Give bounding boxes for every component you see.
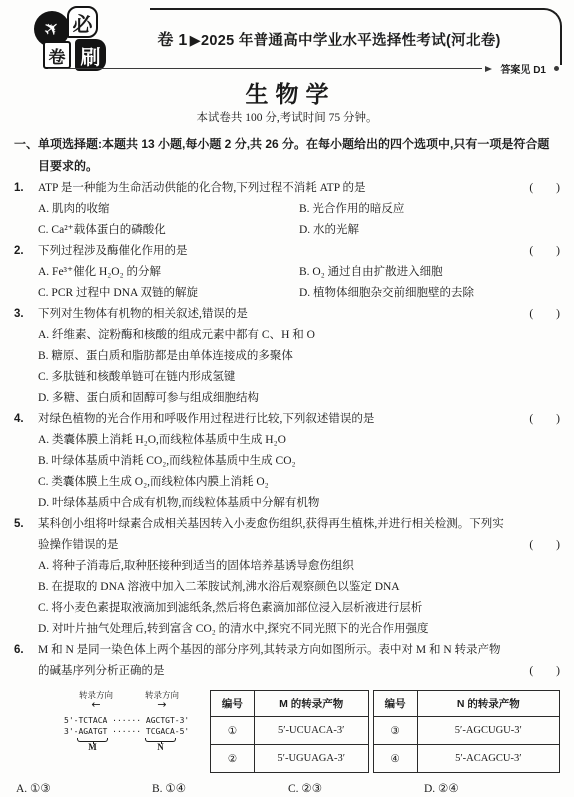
option-a: A. 类囊体膜上消耗 H₂O,而线粒体基质中生成 H₂O: [38, 430, 560, 451]
question-6: 6. M 和 N 是同一染色体上两个基因的部分序列,其转录方向如图所示。表中对 …: [14, 640, 560, 797]
question-number: 1.: [14, 178, 24, 199]
rule-line: [48, 68, 482, 69]
question-3: 3. 下列对生物体有机物的相关叙述,错误的是 ( ) A. 纤维素、淀粉酶和核酸…: [14, 304, 560, 409]
question-number: 4.: [14, 409, 24, 430]
answer-ref-row: 答案见 D1: [48, 61, 559, 76]
col-header-id: 编号: [211, 691, 255, 717]
option-d: D. 水的光解: [299, 220, 560, 241]
row-id-cell: ①: [211, 717, 255, 745]
gene-brace-row: M N: [64, 738, 196, 756]
option-d: D. 对叶片抽气处理后,转到富含 CO₂ 的清水中,探究不同光照下的光合作用强度: [38, 619, 560, 640]
question-1: 1. ATP 是一种能为生命活动供能的化合物,下列过程不消耗 ATP 的是 ( …: [14, 178, 560, 241]
question-text: 某科创小组将叶绿素合成相关基因转入小麦愈伤组织,获得再生植株,并进行相关检测。下…: [38, 518, 504, 551]
option-c: C. PCR 过程中 DNA 双链的解旋: [38, 283, 299, 304]
question-stem: 下列过程涉及酶催化作用的是 ( ): [38, 241, 560, 262]
question-stem: 某科创小组将叶绿素合成相关基因转入小麦愈伤组织,获得再生植株,并进行相关检测。下…: [38, 514, 560, 556]
options: A. 将种子消毒后,取种胚接种到适当的固体培养基诱导愈伤组织 B. 在提取的 D…: [38, 556, 560, 640]
sequence-cell: 5′-UGUAGA-3′: [254, 745, 368, 773]
options: A. 纤维素、淀粉酶和核酸的组成元素中都有 C、H 和 O B. 糖原、蛋白质和…: [38, 325, 560, 409]
options: A. 类囊体膜上消耗 H₂O,而线粒体基质中生成 H₂O B. 叶绿体基质中消耗…: [38, 430, 560, 514]
question-text: ATP 是一种能为生命活动供能的化合物,下列过程不消耗 ATP 的是: [38, 182, 366, 194]
option-a: A. ①③: [16, 779, 152, 797]
option-d: D. 叶绿体基质中合成有机物,而线粒体基质中分解有机物: [38, 493, 560, 514]
option-d: D. 多糖、蛋白质和固醇可参与组成细胞结构: [38, 388, 560, 409]
question-text: 下列过程涉及酶催化作用的是: [38, 245, 188, 257]
question-text: 对绿色植物的光合作用和呼吸作用过程进行比较,下列叙述错误的是: [38, 413, 374, 425]
option-b: B. 糖原、蛋白质和脂肪都是由单体连接成的多聚体: [38, 346, 560, 367]
table-row: ② 5′-UGUAGA-3′: [211, 745, 369, 773]
arrow-right-icon: →: [157, 700, 166, 709]
underbrace-icon: [145, 738, 176, 742]
dna-strand-bottom: 3'-AGATGT ······ TCGACA-5': [64, 727, 196, 738]
row-id-cell: ③: [373, 717, 417, 745]
table-header-row: 编号 N 的转录产物: [373, 691, 559, 717]
option-c: C. ②③: [288, 779, 424, 797]
option-b: B. O₂ 通过自由扩散进入细胞: [299, 262, 560, 283]
m-transcript-table: 编号 M 的转录产物 ① 5′-UCUACA-3′ ② 5′-UGUAGA-3′: [210, 690, 369, 773]
option-a: A. 将种子消毒后,取种胚接种到适当的固体培养基诱导愈伤组织: [38, 556, 560, 577]
option-d: D. ②④: [424, 779, 560, 797]
question-5: 5. 某科创小组将叶绿素合成相关基因转入小麦愈伤组织,获得再生植株,并进行相关检…: [14, 514, 560, 640]
option-a: A. 肌肉的收缩: [38, 199, 299, 220]
options: A. 肌肉的收缩 B. 光合作用的暗反应 C. Ca²⁺载体蛋白的磷酸化 D. …: [38, 199, 560, 241]
table-header-row: 编号 M 的转录产物: [211, 691, 369, 717]
option-b: B. 光合作用的暗反应: [299, 199, 560, 220]
option-a: A. Fe³⁺催化 H₂O₂ 的分解: [38, 262, 299, 283]
col-header-n-product: N 的转录产物: [417, 691, 559, 717]
row-id-cell: ④: [373, 745, 417, 773]
exam-page: ✈ 必 卷 刷 卷 1▶2025 年普通高中学业水平选择性考试(河北卷) 答案见…: [0, 0, 574, 797]
question-2: 2. 下列过程涉及酶催化作用的是 ( ) A. Fe³⁺催化 H₂O₂ 的分解 …: [14, 241, 560, 304]
exam-title-text: ▶2025 年普通高中学业水平选择性考试(河北卷): [190, 33, 501, 49]
answer-bracket: ( ): [529, 178, 560, 199]
underbrace-icon: [77, 738, 108, 742]
option-c: C. Ca²⁺载体蛋白的磷酸化: [38, 220, 299, 241]
answer-bracket: ( ): [529, 661, 560, 682]
sequence-cell: 5′-ACAGCU-3′: [417, 745, 559, 773]
col-header-m-product: M 的转录产物: [254, 691, 368, 717]
transcript-tables: 编号 M 的转录产物 ① 5′-UCUACA-3′ ② 5′-UGUAGA-3′: [210, 690, 560, 773]
dot-icon: [554, 66, 559, 71]
question-number: 6.: [14, 640, 24, 661]
answer-bracket: ( ): [529, 241, 560, 262]
gene-n-brace: N: [145, 738, 176, 753]
answer-bracket: ( ): [529, 409, 560, 430]
question-number: 3.: [14, 304, 24, 325]
question-number: 5.: [14, 514, 24, 535]
gene-m-brace: M: [77, 738, 108, 753]
answer-bracket: ( ): [529, 535, 560, 556]
paper-info: 本试卷共 100 分,考试时间 75 分钟。: [0, 108, 574, 128]
sequence-cell: 5′-UCUACA-3′: [254, 717, 368, 745]
answer-bracket: ( ): [529, 304, 560, 325]
option-b: B. ①④: [152, 779, 288, 797]
question-number: 2.: [14, 241, 24, 262]
n-transcript-table: 编号 N 的转录产物 ③ 5′-AGCUGU-3′ ④ 5′-ACAGCU-3′: [373, 690, 560, 773]
option-b: B. 在提取的 DNA 溶液中加入二苯胺试剂,沸水浴后观察颜色以鉴定 DNA: [38, 577, 560, 598]
table-row: ③ 5′-AGCUGU-3′: [373, 717, 559, 745]
option-c: C. 将小麦色素提取液滴加到滤纸条,然后将色素滴加部位浸入层析液进行层析: [38, 598, 560, 619]
gene-transcription-figure: 转录方向 ← 转录方向 → 5'-TCTACA ······ AGCTGT-3'…: [64, 690, 196, 773]
transcription-direction-right: 转录方向 →: [132, 690, 192, 709]
question-stem: ATP 是一种能为生命活动供能的化合物,下列过程不消耗 ATP 的是 ( ): [38, 178, 560, 199]
option-c: C. 类囊体膜上生成 O₂,而线粒体内膜上消耗 O₂: [38, 472, 560, 493]
question-6-figure-and-table: 转录方向 ← 转录方向 → 5'-TCTACA ······ AGCTGT-3'…: [64, 690, 560, 773]
logo-char-bi: 必: [67, 6, 98, 38]
paper-plane-glyph: ✈: [39, 15, 65, 42]
dna-strand-top: 5'-TCTACA ······ AGCTGT-3': [64, 716, 196, 727]
table-row: ① 5′-UCUACA-3′: [211, 717, 369, 745]
question-text: 下列对生物体有机物的相关叙述,错误的是: [38, 308, 248, 320]
arrow-right-icon: [485, 66, 492, 72]
question-stem: M 和 N 是同一染色体上两个基因的部分序列,其转录方向如图所示。表中对 M 和…: [38, 640, 560, 682]
section-title: 一、单项选择题:本题共 13 小题,每小题 2 分,共 26 分。在每小题给出的…: [14, 133, 560, 177]
subject-title: 生物学: [0, 80, 574, 108]
col-header-id: 编号: [373, 691, 417, 717]
question-4: 4. 对绿色植物的光合作用和呼吸作用过程进行比较,下列叙述错误的是 ( ) A.…: [14, 409, 560, 514]
question-stem: 对绿色植物的光合作用和呼吸作用过程进行比较,下列叙述错误的是 ( ): [38, 409, 560, 430]
option-b: B. 叶绿体基质中消耗 CO₂,而线粒体基质中生成 CO₂: [38, 451, 560, 472]
table-row: ④ 5′-ACAGCU-3′: [373, 745, 559, 773]
question-stem: 下列对生物体有机物的相关叙述,错误的是 ( ): [38, 304, 560, 325]
transcription-direction-left: 转录方向 ←: [66, 690, 126, 709]
option-d: D. 植物体细胞杂交前细胞壁的去除: [299, 283, 560, 304]
page-header: ✈ 必 卷 刷 卷 1▶2025 年普通高中学业水平选择性考试(河北卷) 答案见…: [0, 0, 574, 80]
options: A. ①③ B. ①④ C. ②③ D. ②④: [16, 779, 560, 797]
row-id-cell: ②: [211, 745, 255, 773]
question-text: M 和 N 是同一染色体上两个基因的部分序列,其转录方向如图所示。表中对 M 和…: [38, 644, 501, 677]
answer-ref-label: 答案见 D1: [497, 61, 549, 76]
exam-title: 卷 1▶2025 年普通高中学业水平选择性考试(河北卷): [150, 27, 508, 50]
sequence-cell: 5′-AGCUGU-3′: [417, 717, 559, 745]
option-c: C. 多肽链和核酸单链可在链内形成氢键: [38, 367, 560, 388]
option-a: A. 纤维素、淀粉酶和核酸的组成元素中都有 C、H 和 O: [38, 325, 560, 346]
arrow-left-icon: ←: [91, 700, 100, 709]
exam-body: 一、单项选择题:本题共 13 小题,每小题 2 分,共 26 分。在每小题给出的…: [0, 133, 574, 797]
exam-volume-label: 卷 1: [157, 32, 187, 49]
options: A. Fe³⁺催化 H₂O₂ 的分解 B. O₂ 通过自由扩散进入细胞 C. P…: [38, 262, 560, 304]
